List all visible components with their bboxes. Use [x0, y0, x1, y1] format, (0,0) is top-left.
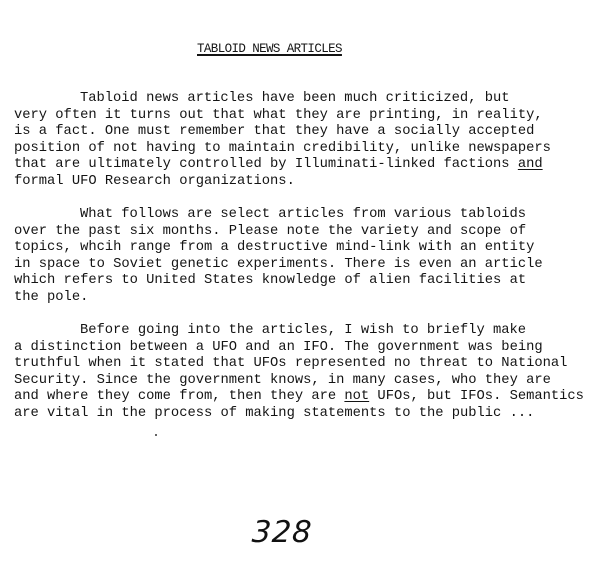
text-line: truthful when it stated that UFOs repres…	[14, 356, 584, 373]
text-line: Security. Since the government knows, in…	[14, 373, 584, 390]
text-line: topics, whcih range from a destructive m…	[14, 240, 543, 257]
text-line: that are ultimately controlled by Illumi…	[14, 157, 551, 174]
text-line: which refers to United States knowledge …	[14, 273, 543, 290]
text-line: the pole.	[14, 290, 543, 307]
text-line: is a fact. One must remember that they h…	[14, 124, 551, 141]
text-line: a distinction between a UFO and an IFO. …	[14, 340, 584, 357]
text-line: Tabloid news articles have been much cri…	[14, 91, 551, 108]
underlined-word: and	[518, 157, 543, 172]
document-title: TABLOID NEWS ARTICLES	[197, 42, 342, 56]
text-line: are vital in the process of making state…	[14, 406, 584, 423]
text-segment: UFOs, but IFOs. Semantics	[369, 389, 584, 404]
text-line: formal UFO Research organizations.	[14, 174, 551, 191]
text-line: position of not having to maintain credi…	[14, 141, 551, 158]
paragraph-distinction: Before going into the articles, I wish t…	[14, 323, 584, 423]
text-line: very often it turns out that what they a…	[14, 108, 551, 125]
page-number: 328	[251, 515, 314, 550]
text-line: over the past six months. Please note th…	[14, 224, 543, 241]
paragraph-intro: Tabloid news articles have been much cri…	[14, 91, 551, 191]
text-line: What follows are select articles from va…	[14, 207, 543, 224]
text-segment: that are ultimately controlled by Illumi…	[14, 157, 518, 172]
document-page: TABLOID NEWS ARTICLES Tabloid news artic…	[0, 0, 600, 576]
text-line: Before going into the articles, I wish t…	[14, 323, 584, 340]
text-line: in space to Soviet genetic experiments. …	[14, 257, 543, 274]
underlined-word: not	[344, 389, 369, 404]
text-line: and where they come from, then they are …	[14, 389, 584, 406]
text-segment: and where they come from, then they are	[14, 389, 344, 404]
paragraph-selection: What follows are select articles from va…	[14, 207, 543, 307]
scan-speck	[155, 434, 157, 436]
